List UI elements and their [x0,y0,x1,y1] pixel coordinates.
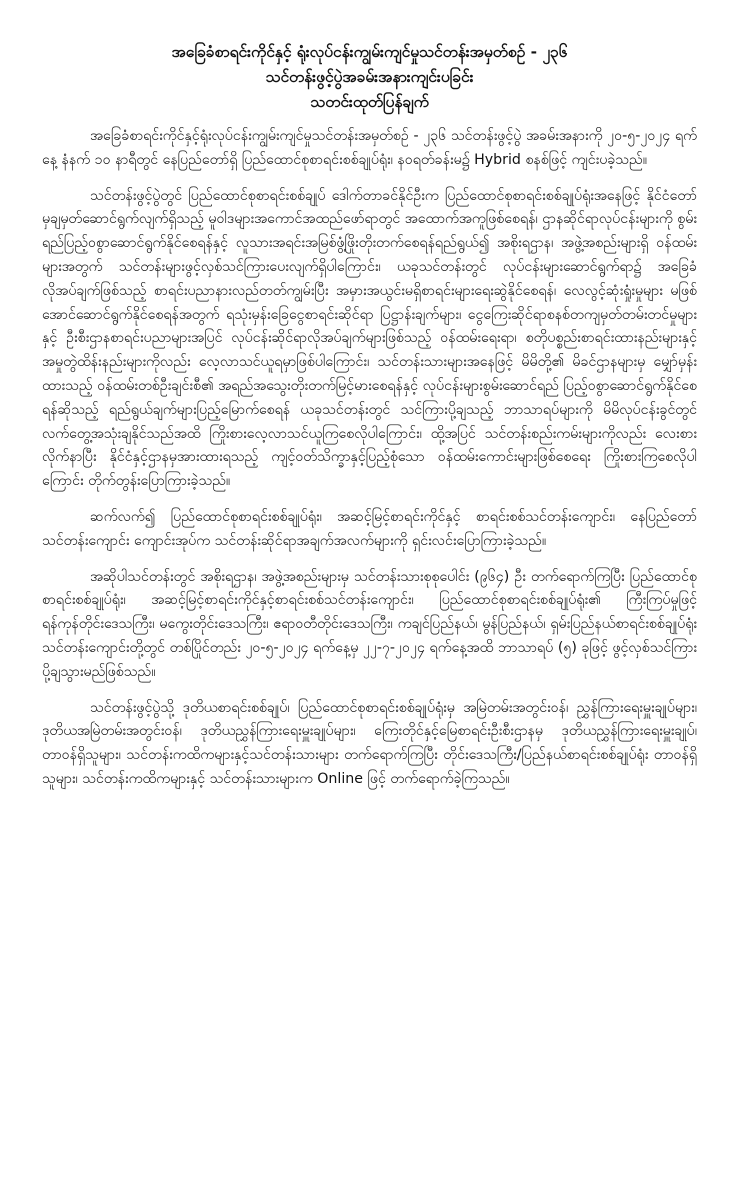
heading-block: အခြေခံစာရင်းကိုင်နှင့် ရုံးလုပ်ငန်းကျွမ်… [42,40,697,115]
paragraph-opening: အခြေခံစာရင်းကိုင်နှင့်ရုံးလုပ်ငန်းကျွမ်း… [42,125,697,173]
paragraph-attendees: သင်တန်းဖွင့်ပွဲသို့ ဒုတိယစာရင်းစစ်ချုပ်၊… [42,697,697,792]
press-release-page: အခြေခံစာရင်းကိုင်နှင့် ရုံးလုပ်ငန်းကျွမ်… [0,0,729,1200]
document-subtitle: သင်တန်းဖွင့်ပွဲအခမ်းအနားကျင်းပခြင်း [42,65,697,90]
paragraph-explanation: ဆက်လက်၍ ပြည်ထောင်စုစာရင်းစစ်ချုပ်ရုံး၊ အ… [42,506,697,554]
press-release-label: သတင်းထုတ်ပြန်ချက် [42,90,697,115]
document-body: အခြေခံစာရင်းကိုင်နှင့်ရုံးလုပ်ငန်းကျွမ်း… [42,125,697,792]
document-title: အခြေခံစာရင်းကိုင်နှင့် ရုံးလုပ်ငန်းကျွမ်… [42,40,697,65]
paragraph-attendance: အဆိုပါသင်တန်းတွင် အစိုးရဌာန၊ အဖွဲ့အစည်းမ… [42,566,697,685]
paragraph-speech: သင်တန်းဖွင့်ပွဲတွင် ပြည်ထောင်စုစာရင်းစစ်… [42,185,697,494]
